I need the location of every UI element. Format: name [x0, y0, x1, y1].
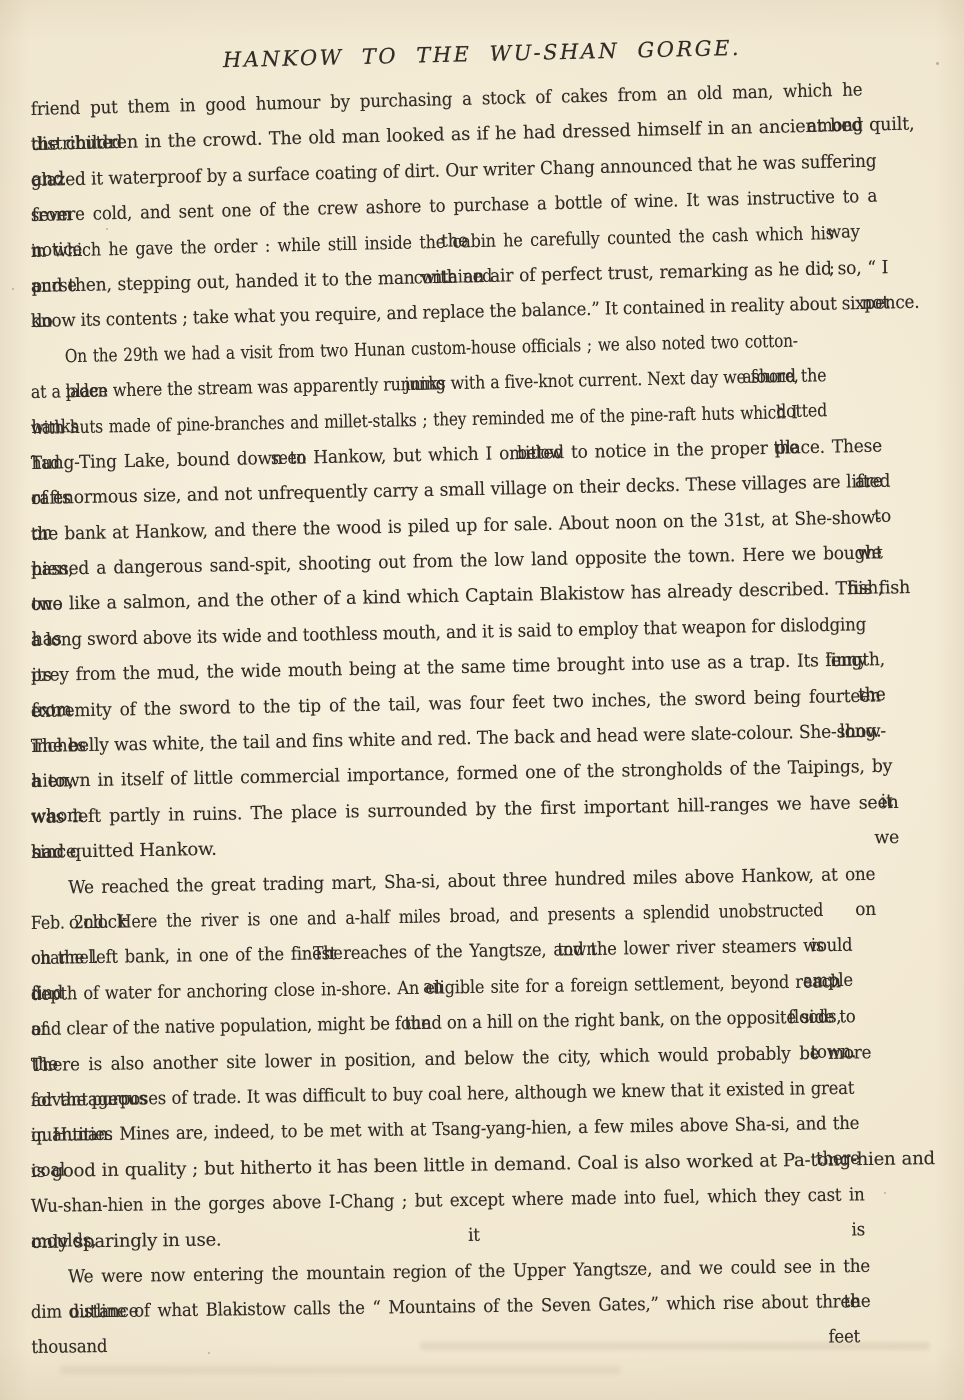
book-page: HANKOW TO THE WU-SHAN GORGE. friend put …	[0, 0, 964, 1400]
show-through-text	[60, 1366, 620, 1374]
paper-speck	[936, 62, 939, 65]
page-text: friend put them in good humour by purcha…	[31, 92, 935, 1331]
page-title: HANKOW TO THE WU-SHAN GORGE.	[0, 29, 964, 80]
paper-speck	[12, 288, 14, 290]
